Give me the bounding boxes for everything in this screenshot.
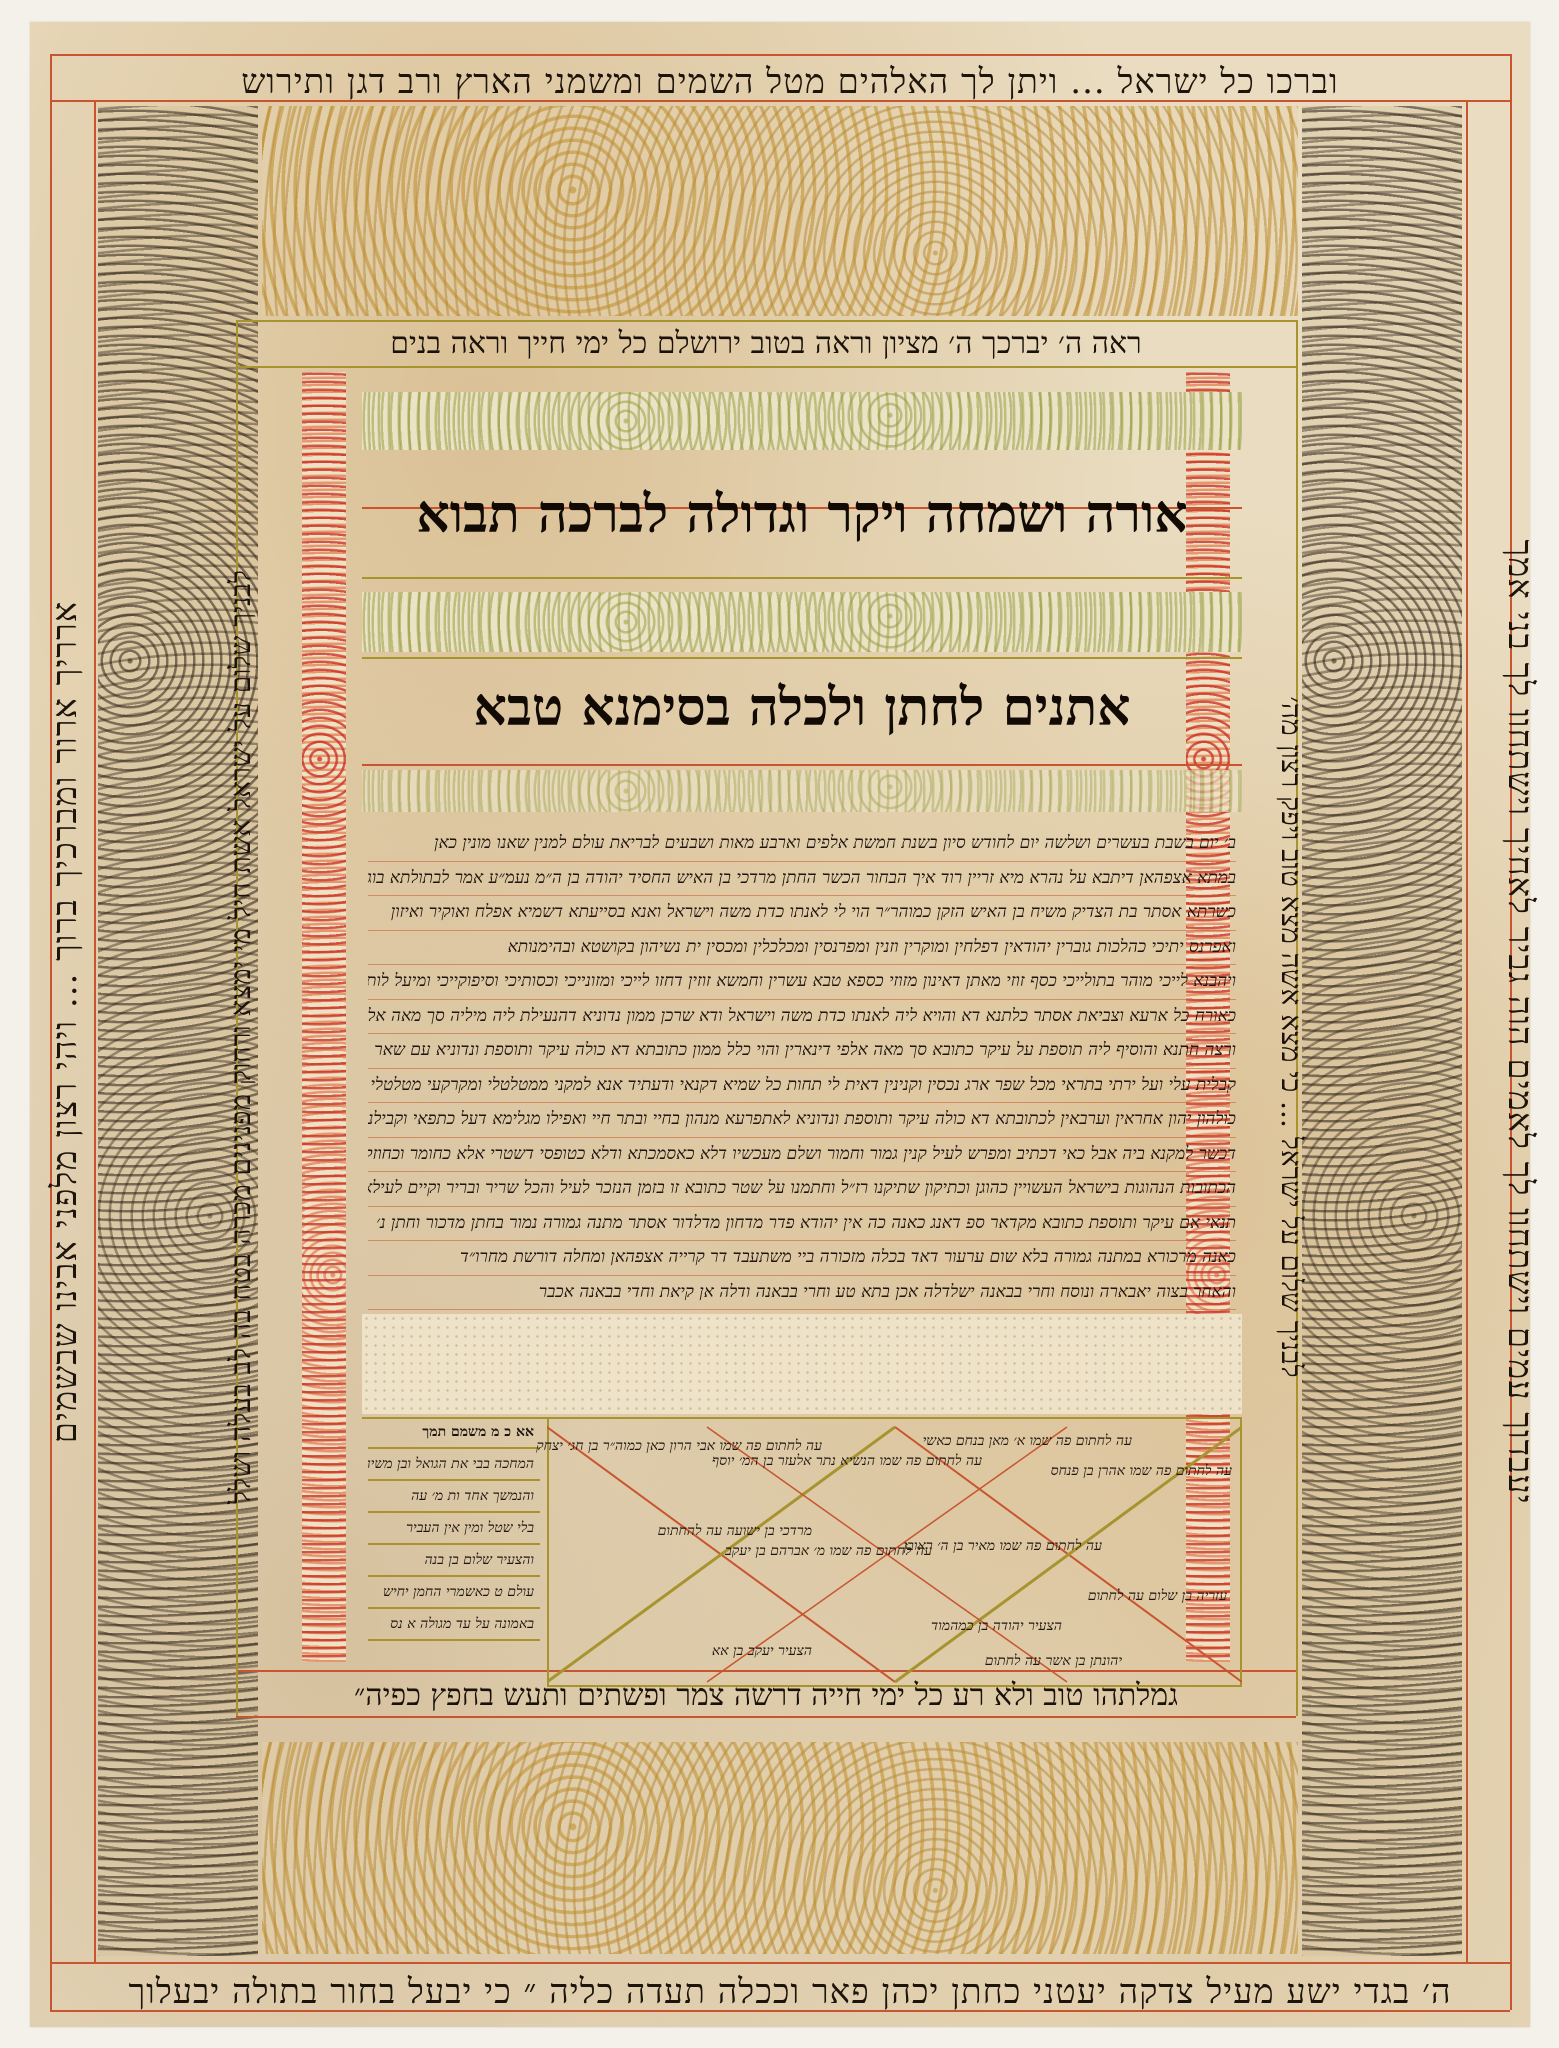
- outer-rule-top: [50, 54, 1510, 56]
- body-line: ואפרנס יתיכי כהלכות גוברין יהודאין דפלחי…: [368, 931, 1236, 966]
- witness-signature: עזריה בן שלום עה לחתום: [1088, 1587, 1227, 1605]
- right-foliage-panel: [1302, 106, 1462, 1956]
- headline-2: אתנים לחתן ולכלה בסימנא טבא: [362, 677, 1242, 738]
- olive-band-lower: [362, 770, 1242, 812]
- witness-signature: הצעיר יהודה בן כמהמוד: [931, 1617, 1062, 1635]
- contract-body: ב׳ יום בשבת בעשרים ושלשה יום לחודש סיון …: [368, 827, 1236, 1345]
- top-gold-foliage-panel: [262, 106, 1298, 316]
- witness-list-item: והנמשך אחד ות מ׳ עה: [368, 1481, 540, 1513]
- witness-list-item: עולם ט כאשמרי החמן יחיש: [368, 1577, 540, 1609]
- olive-band-middle: [362, 592, 1242, 652]
- body-line: כשרתא אסתר בת הצדיק משיח בן האיש הזקן כמ…: [368, 896, 1236, 931]
- witness-list-item: המחכה בבי את הגואל ובן משיח: [368, 1449, 540, 1481]
- body-line: תנאי אם עיקר ותוספת כתובא מקדאר ספ דאנג …: [368, 1207, 1236, 1242]
- bottom-gold-foliage-panel: [262, 1742, 1298, 1954]
- body-line: קבלית עלי ועל ירתי בתראי מכל שפר ארג נכס…: [368, 1069, 1236, 1104]
- witness-signature: יהונתן בן אשר עה לחתום: [985, 1652, 1122, 1670]
- outer-rule-left-inner: [94, 100, 96, 1962]
- body-line: ויהבנא לייכי מוהר בתולייכי כסף זוזי מאתן…: [368, 965, 1236, 1000]
- outer-border-top-text: וברכו כל ישראל ... ויתן לך האלהים מטל הש…: [70, 62, 1510, 102]
- headline-rule-3: [362, 657, 1242, 659]
- witness-signature: עה לחתום פה שמו א׳ מאן בנחם כאשי: [923, 1432, 1132, 1450]
- left-red-arabesque-band: [302, 372, 346, 1662]
- witness-signature: הצעיר יעקב בן אא: [712, 1642, 812, 1660]
- witness-list-item: והצעיר שלום בן בנה: [368, 1545, 540, 1577]
- witness-list-item: בלי שטל ומין אין העביר: [368, 1513, 540, 1545]
- witness-signature-panel: אא כ מ משמם תמך המחכה בבי את הגואל ובן מ…: [362, 1417, 1242, 1687]
- outer-rule-right-inner: [1466, 100, 1468, 1962]
- body-line: ורצה חתנא והוסיף ליה תוספת על עיקר כתובא…: [368, 1034, 1236, 1069]
- outer-border-right-text: יעבדוך עמים וישתחוו לך לאמים הוה גביר לא…: [1500, 107, 1540, 1937]
- outer-border-left-text: ארריך ארור ומברכיך ברוך ... ויהי רצון מל…: [45, 107, 85, 1937]
- inner-frame-right-text: לבניך שלום על ישראל ... כי מצא אשה מצא ט…: [1274, 377, 1308, 1697]
- witness-signature: עה לחתום פה שמו מאיר בן ה׳ ראובן: [904, 1537, 1102, 1555]
- body-line: כאורח כל ארעא וצביאת אסתר כלתנא דא והויא…: [368, 1000, 1236, 1035]
- crossed-signature-field: עה לחתום פה שמו אבי הרון כאן כמוה״ר בן ח…: [547, 1417, 1242, 1687]
- witness-list-item: אא כ מ משמם תמך: [368, 1417, 540, 1449]
- witness-list-item: באמונה על עד מגולה א נס: [368, 1609, 540, 1641]
- outer-border-bottom-text: ה׳ בגדי ישע מעיל צדקה יעטני כחתן יכהן פא…: [70, 1972, 1510, 2012]
- witness-signature: עה לחתום פה שמו הנשיא נתר אלעזר בן המ׳ י…: [712, 1452, 982, 1470]
- body-line: דכשר למקנא ביה אבל כאי דכתיב ומפרש לעיל …: [368, 1138, 1236, 1173]
- body-line: והאחר בצוה יאבארה ונוסח וחרי בבאנה ישלדל…: [368, 1276, 1236, 1311]
- outer-rule-bottom-inner: [50, 1962, 1510, 1964]
- olive-band-top: [362, 392, 1242, 450]
- inner-frame-top-text: ראה ה׳ יברכך ה׳ מציון וראה בטוב ירושלם כ…: [246, 326, 1286, 361]
- inner-frame-left-text: לבניך שלום על ישראל אשת חיל מי ימצא ורחו…: [224, 377, 258, 1697]
- headline-rule-4: [362, 764, 1242, 766]
- dotted-ornament-panel: [362, 1314, 1242, 1414]
- body-line: הכתובות הנהוגות בישראל העשויין כהוגן וכת…: [368, 1172, 1236, 1207]
- body-line: כולהון יהון אחראין וערבאין לכתובתא דא כו…: [368, 1103, 1236, 1138]
- headline-1: אורה ושמחה ויקר וגדולה לברכה תבוא: [362, 484, 1242, 545]
- inner-rule-bottom-2: [236, 1716, 1296, 1718]
- witness-list: אא כ מ משמם תמך המחכה בבי את הגואל ובן מ…: [368, 1417, 540, 1687]
- body-line: כאנה מרכורא במתנה גמורה בלא שום ערעור דא…: [368, 1241, 1236, 1276]
- body-line: ב׳ יום בשבת בעשרים ושלשה יום לחודש סיון …: [368, 827, 1236, 862]
- witness-signature: מרדכי בן ישועה עה להחתום: [658, 1522, 812, 1540]
- center-panel: אורה ושמחה ויקר וגדולה לברכה תבוא אתנים …: [362, 392, 1242, 1702]
- witness-signature: עה לחתום פה שמו מ׳ אברהם בן יעקב: [725, 1542, 932, 1560]
- body-line: במתא אצפהאן דיתבא על נהרא מיא זריין רוד …: [368, 862, 1236, 897]
- inner-rule-top: [236, 320, 1296, 322]
- witness-signature: עה לחתום פה שמו אהרן בן פנחס: [1051, 1462, 1232, 1480]
- inner-rule-top-2: [236, 366, 1296, 368]
- headline-rule-2: [362, 577, 1242, 579]
